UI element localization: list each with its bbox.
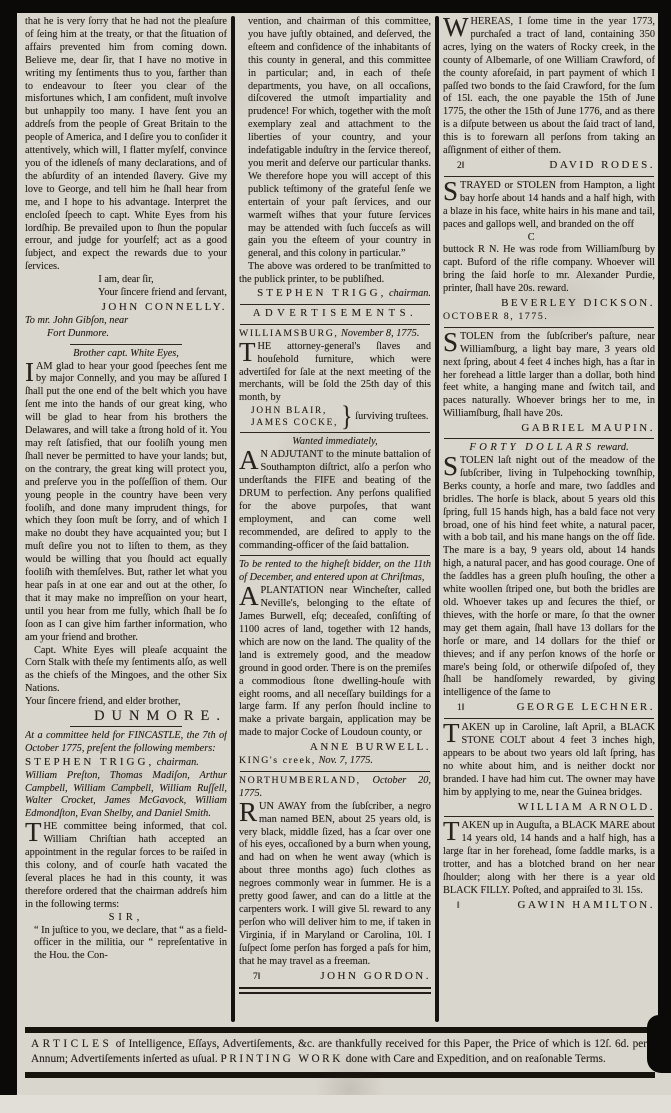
october-dateline: OCTOBER 8, 1775. [443,311,655,324]
northumberland-dateline: NORTHUMBERLAND, October 20, 1775. [239,775,431,801]
drop-cap: T [443,820,462,842]
divider-rule [240,432,430,433]
signature-george-lechner: 1‖GEORGE LECHNER. [443,701,655,715]
signature-david-rodes: 2‖DAVID RODES. [443,159,655,173]
plantation-rental-heading: To be rented to the higheſt bidder, on t… [239,559,431,585]
tally-mark: 2‖ [443,160,464,173]
drop-cap: S [443,180,460,202]
drop-cap: A [239,449,261,471]
attorney-general-sale-ad: THE attorney-general's ſlaves and houſeh… [239,341,431,406]
drop-cap: T [443,722,462,744]
footer-printing-work: PRINTING WORK [221,1053,343,1065]
divider-rule [240,304,430,305]
divider-rule [240,555,430,556]
divider-rule [444,327,654,328]
committee-members-list: William Preſton, Thomas Madiſon, Arthur … [25,770,227,822]
address-to-christian-start: “ In juſtice to you, we declare, that “ … [25,925,227,964]
divider-rule [70,726,181,727]
williamsburg-dateline: WILLIAMSBURG, November 8, 1775. [239,328,431,341]
column-1: that he is very ſorry that he had not th… [25,16,227,1022]
column-3: WHEREAS, I ſome time in the year 1773, p… [443,16,655,1022]
drop-cap: R [239,801,259,823]
signature-john-gordon: 7‖JOHN GORDON. [239,970,431,984]
text-line: SIR, [25,912,227,925]
signature-john-connelly: JOHN CONNELLY. [25,301,227,314]
text-line: To mr. John Gibſon, near [25,315,227,328]
paper-margin-bottom [0,1095,671,1113]
divider-rule [240,324,430,325]
fincastle-committee-heading: At a committee held for FINCASTLE, the 7… [25,730,227,756]
signature-name: GAWIN HAMILTON. [518,899,655,912]
drop-cap: A [239,585,261,607]
divider-rule [240,771,430,772]
brand-mark: C [443,232,655,245]
signature-dunmore: DUNMORE. [25,710,227,723]
text-line: Fort Dunmore. [25,328,227,341]
tally-mark: ‖ [443,900,460,913]
rodes-land-notice: WHEREAS, I ſome time in the year 1773, p… [443,16,655,158]
drop-cap: S [443,331,460,353]
divider-rule [444,718,654,719]
kings-creek-dateline: KING's creek, Nov. 7, 1775. [239,755,431,768]
tally-mark: 1‖ [443,702,464,715]
signature-beverley-dickson: BEVERLEY DICKSON. [443,297,655,310]
scan-edge-blob [647,1015,671,1073]
white-eyes-postscript: Capt. White Eyes will pleaſe acquaint th… [25,645,227,697]
committee-resolution: THE committee being informed, that col. … [25,821,227,911]
scan-edge-right [658,0,671,1040]
column-rule-1 [231,16,235,1022]
signature-name: JOHN CONNELLY. [102,301,227,314]
divider-rule [444,438,654,439]
dunmore-letter-body: IAM glad to hear your good ſpeeches ſent… [25,361,227,645]
signature-anne-burwell: ANNE BURWELL. [239,741,431,754]
signature-gawin-hamilton: ‖GAWIN HAMILTON. [443,899,655,913]
connelly-letter-body: that he is very ſorry that he had not th… [25,16,227,274]
divider-rule [444,176,654,177]
newspaper-page-scan: that he is very ſorry that he had not th… [0,0,671,1113]
signature-name: BEVERLEY DICKSON. [501,297,655,310]
taken-up-colt-ad: TAKEN up in Caroline, laſt April, a BLAC… [443,722,655,799]
column-rule-2 [435,16,439,1022]
scan-edge-left [0,0,17,1097]
divider-rule [444,816,654,817]
scan-edge-top [0,0,671,13]
signature-name: GABRIEL MAUPIN. [521,422,655,435]
plantation-rental-ad: APLANTATION near Wincheſter, called Nevi… [239,585,431,740]
signature-name: GEORGE LECHNER. [517,701,655,714]
drop-cap: I [25,361,36,383]
forty-dollars-ad: STOLEN laſt night out of the meadow of t… [443,455,655,700]
signature-gabriel-maupin: GABRIEL MAUPIN. [443,422,655,435]
forty-dollars-heading: FORTY DOLLARS reward. [443,442,655,455]
signature-name: DAVID RODES. [549,159,655,172]
imprint-footer: ARTICLES of Intelligence, Eſſays, Advert… [25,1027,655,1078]
taken-up-mare-ad: TAKEN up in Auguſta, a BLACK MARE about … [443,820,655,897]
signature-william-arnold: WILLIAM ARNOLD. [443,801,655,814]
signature-name: DUNMORE. [94,710,227,723]
divider-rule [70,344,181,345]
columns-container: that he is very ſorry that he had not th… [25,16,655,1022]
text-line: I am, dear ſir, [25,274,227,287]
tally-mark: 7‖ [239,971,260,984]
strayed-horse-ad: STRAYED or STOLEN from Hampton, a light … [443,180,655,232]
drop-cap: T [25,821,44,843]
transmittal-note: The above was ordered to be tranſmitted … [239,261,431,287]
drop-cap: W [443,16,470,38]
text-line: Wanted immediately, [239,436,431,449]
runaway-ben-ad: RUN AWAY from the ſubſcriber, a negro ma… [239,801,431,969]
signature-name: ANNE BURWELL. [310,741,431,754]
adjutant-wanted-ad: AN ADJUTANT to the minute battalion of S… [239,449,431,552]
signature-name: JOHN GORDON. [320,970,431,983]
strayed-horse-ad-continued: buttock R N. He was rode from Williamſbu… [443,244,655,296]
divider-rule [239,987,431,994]
signature-stephen-trigg: STEPHEN TRIGG, chairman. [239,287,431,301]
surviving-trustees: JOHN BLAIR,JAMES COCKE,}ſurviving truſte… [239,406,431,429]
chairman-line: STEPHEN TRIGG, chairman. [25,756,227,770]
advertisements-heading: ADVERTISEMENTS. [239,308,431,321]
drop-cap: T [239,341,258,363]
text-line: Your ſincere friend and ſervant, [25,287,227,300]
stolen-mare-ad: STOLEN from the ſubſcriber's paſture, ne… [443,331,655,421]
address-to-christian-continued: vention, and chairman of this committee,… [239,16,431,261]
printed-page: that he is very ſorry that he had not th… [25,16,655,1078]
column-2: vention, and chairman of this committee,… [239,16,431,1022]
footer-tail: done with Care and Expedition, and on re… [346,1053,606,1065]
text-line: Brother capt. White Eyes, [25,348,227,361]
drop-cap: S [443,455,460,477]
footer-lead-word: ARTICLES [31,1038,112,1050]
signature-name: WILLIAM ARNOLD. [518,801,655,814]
